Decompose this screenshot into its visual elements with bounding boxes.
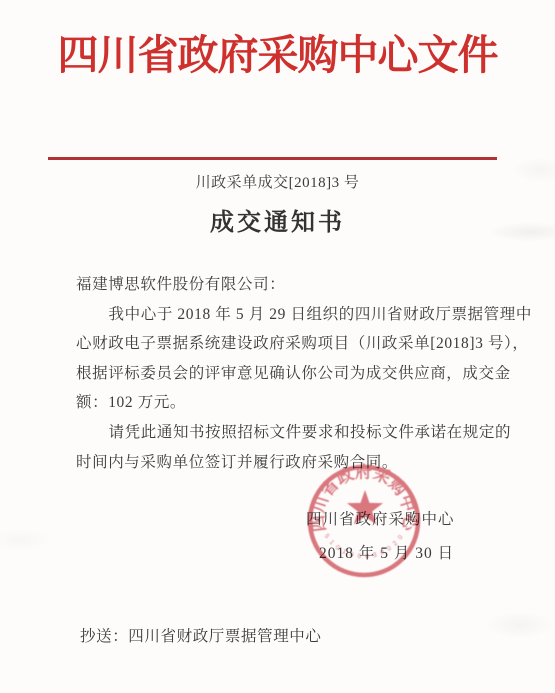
addressee-line: 福建博思软件股份有限公司： <box>76 270 496 300</box>
signature-organization: 四川省政府采购中心 <box>306 507 455 529</box>
text-line: 心财政电子票据系统建设政府采购项目（川政采单[2018]3 号）， <box>76 329 496 359</box>
signature-date: 2018 年 5 月 30 日 <box>319 541 454 563</box>
header-divider-line <box>48 157 497 160</box>
text-line: 请凭此通知书按照招标文件要求和投标文件承诺在规定的 <box>76 418 496 448</box>
text-line: 时间内与采购单位签订并履行政府采购合同。 <box>76 448 496 478</box>
text-line: 根据评标委员会的评审意见确认你公司为成交供应商，成交金 <box>76 359 496 389</box>
cc-line: 抄送：四川省财政厅票据管理中心 <box>80 624 322 646</box>
document-number: 川政采单成交[2018]3 号 <box>0 171 555 192</box>
document-title: 成交通知书 <box>0 202 555 237</box>
document-body: 福建博思软件股份有限公司： 我中心于 2018 年 5 月 29 日组织的四川省… <box>76 270 496 477</box>
document-page: 四川省政府采购中心文件 川政采单成交[2018]3 号 成交通知书 福建博思软件… <box>0 0 555 693</box>
text-line: 额：102 万元。 <box>76 388 496 418</box>
document-header-title: 四川省政府采购中心文件 <box>0 22 555 81</box>
paragraph-contract: 请凭此通知书按照招标文件要求和投标文件承诺在规定的时间内与采购单位签订并履行政府… <box>76 418 496 477</box>
text-line: 我中心于 2018 年 5 月 29 日组织的四川省财政厅票据管理中 <box>76 300 496 330</box>
paragraph-award: 我中心于 2018 年 5 月 29 日组织的四川省财政厅票据管理中心财政电子票… <box>76 300 496 418</box>
